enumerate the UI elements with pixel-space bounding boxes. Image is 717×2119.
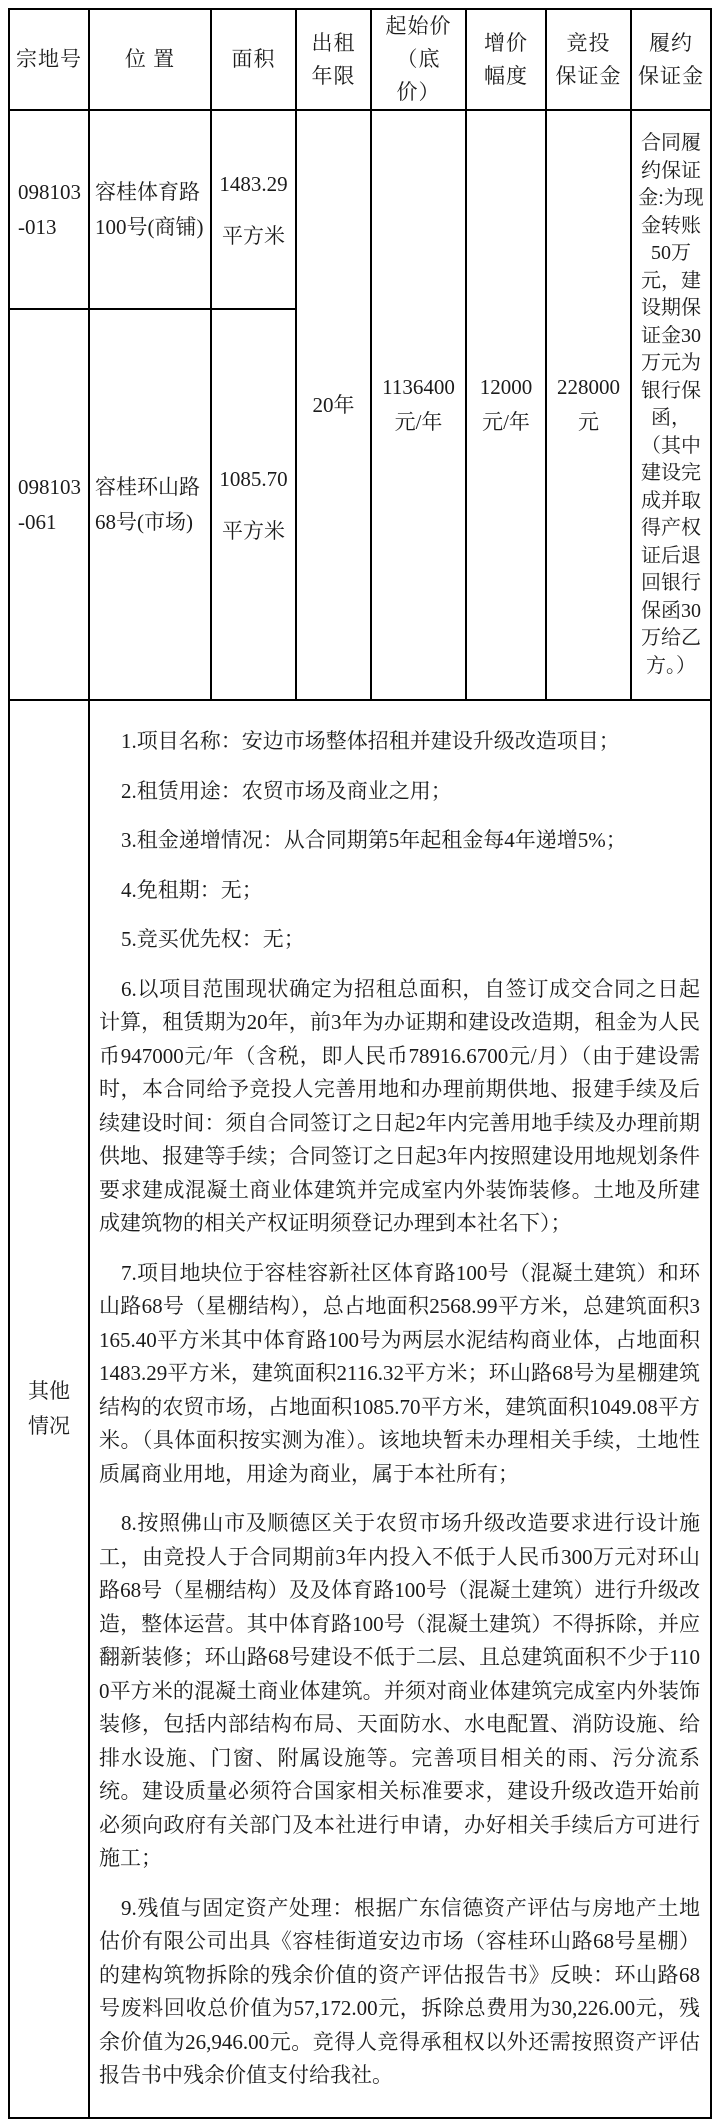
other-info-item: 5.竞买优先权：无； bbox=[99, 923, 700, 957]
header-bid-deposit: 竞投 保证金 bbox=[546, 9, 631, 110]
other-info-item: 1.项目名称：安边市场整体招租并建设升级改造项目； bbox=[99, 725, 700, 759]
other-info-item: 8.按照佛山市及顺德区关于农贸市场升级改造要求进行设计施工，由竞投人于合同期前3… bbox=[99, 1507, 700, 1876]
other-info-label: 其他 情况 bbox=[9, 700, 89, 2118]
other-info-item: 3.租金递增情况：从合同期第5年起租金每4年递增5%； bbox=[99, 824, 700, 858]
header-performance-bond: 履约 保证金 bbox=[631, 9, 711, 110]
table-header-row: 宗地号 位 置 面积 出租 年限 起始价 （底 价） 增价 幅度 竞投 保证金 … bbox=[9, 9, 711, 110]
other-info-item: 7.项目地块位于容桂容新社区体育路100号（混凝土建筑）和环山路68号（星棚结构… bbox=[99, 1257, 700, 1492]
other-info-item: 2.租赁用途：农贸市场及商业之用； bbox=[99, 775, 700, 809]
cell-starting-price: 1136400 元/年 bbox=[371, 110, 466, 700]
cell-area-2: 1085.70 平方米 bbox=[211, 309, 296, 700]
cell-area-1: 1483.29 平方米 bbox=[211, 110, 296, 309]
other-info-item: 4.免租期：无； bbox=[99, 874, 700, 908]
header-increment: 增价 幅度 bbox=[466, 9, 546, 110]
other-info-item: 9.残值与固定资产处理：根据广东信德资产评估与房地产土地估价有限公司出具《容桂街… bbox=[99, 1892, 700, 2093]
cell-performance-bond: 合同履约保证金:为现金转账50万元，建设期保证金30万元为银行保函，（其中建设完… bbox=[631, 110, 711, 700]
cell-parcel-id-2: 098103 -061 bbox=[9, 309, 89, 700]
cell-bid-deposit: 228000 元 bbox=[546, 110, 631, 700]
header-lease-term: 出租 年限 bbox=[296, 9, 371, 110]
header-parcel-id: 宗地号 bbox=[9, 9, 89, 110]
cell-lease-term: 20年 bbox=[296, 110, 371, 700]
other-info-item: 6.以项目范围现状确定为招租总面积，自签订成交合同之日起计算，租赁期为20年，前… bbox=[99, 973, 700, 1241]
table-row: 098103 -013 容桂体育路100号(商铺) 1483.29 平方米 20… bbox=[9, 110, 711, 309]
cell-increment: 12000 元/年 bbox=[466, 110, 546, 700]
cell-location-1: 容桂体育路100号(商铺) bbox=[89, 110, 211, 309]
other-info-content: 1.项目名称：安边市场整体招租并建设升级改造项目；2.租赁用途：农贸市场及商业之… bbox=[89, 700, 711, 2118]
lease-auction-table: 宗地号 位 置 面积 出租 年限 起始价 （底 价） 增价 幅度 竞投 保证金 … bbox=[8, 8, 712, 2119]
cell-location-2: 容桂环山路68号(市场) bbox=[89, 309, 211, 700]
cell-parcel-id-1: 098103 -013 bbox=[9, 110, 89, 309]
header-location: 位 置 bbox=[89, 9, 211, 110]
header-area: 面积 bbox=[211, 9, 296, 110]
other-info-row: 其他 情况 1.项目名称：安边市场整体招租并建设升级改造项目；2.租赁用途：农贸… bbox=[9, 700, 711, 2118]
header-starting-price: 起始价 （底 价） bbox=[371, 9, 466, 110]
